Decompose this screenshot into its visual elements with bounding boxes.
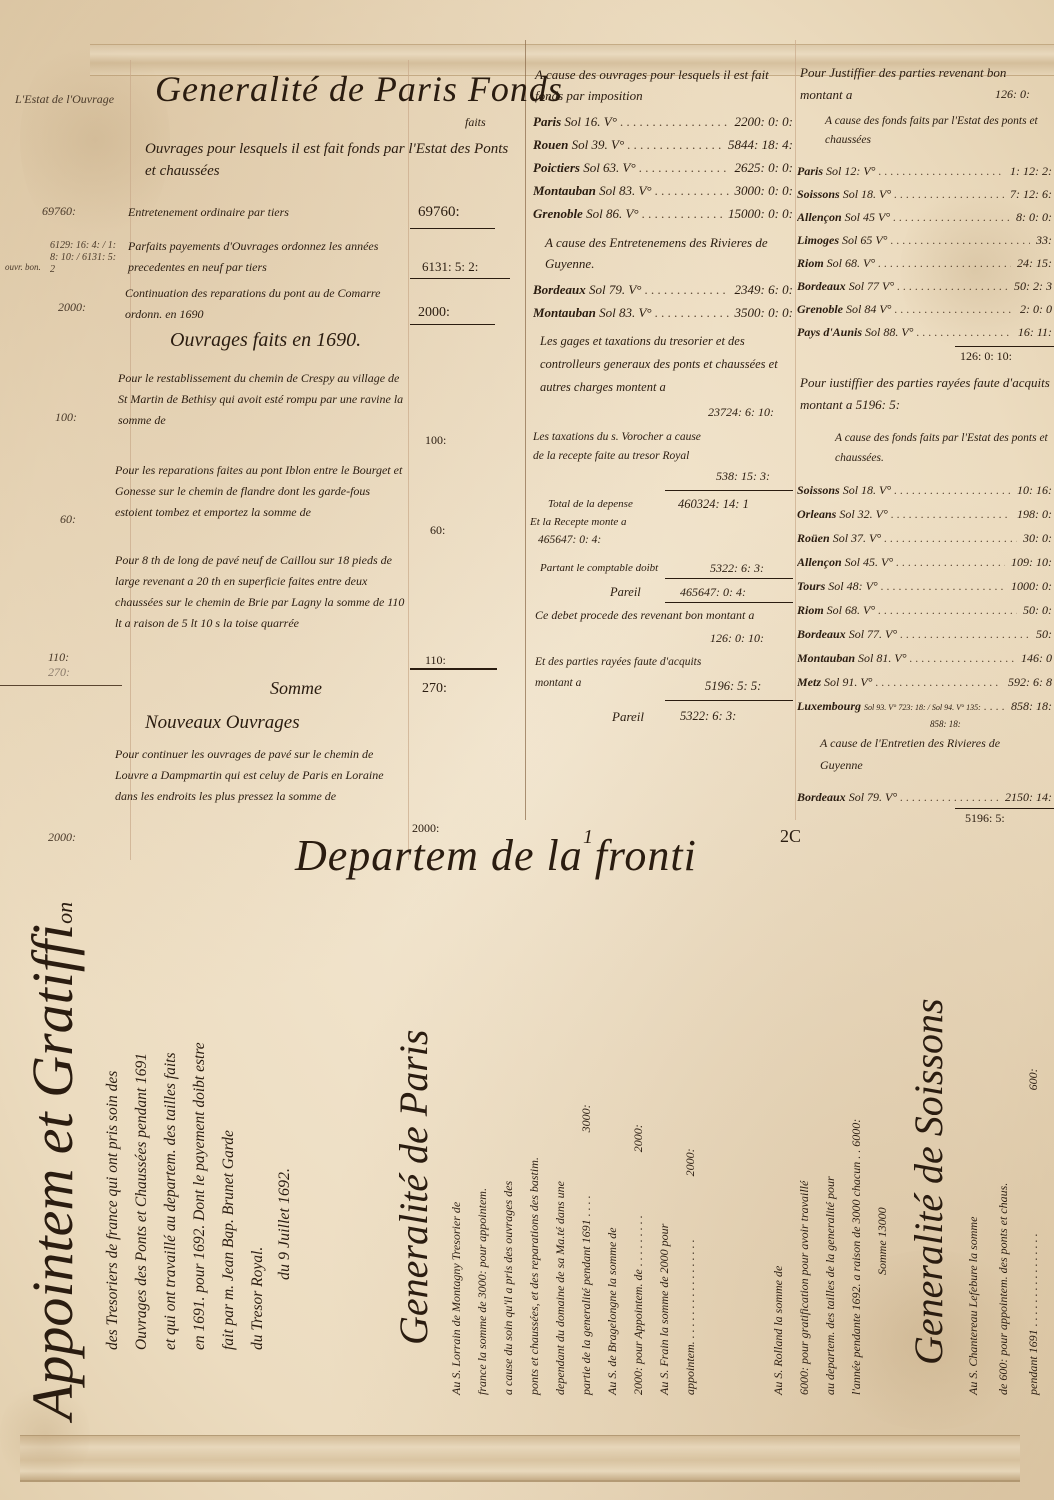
ledger-row: Orleans Sol 32. V°198: 0: — [797, 502, 1052, 526]
appointements-date: du 9 Juillet 1692. — [272, 902, 298, 1420]
ledger-row: Grenoble Sol 84 V°2: 0: 0 — [797, 298, 1052, 321]
margin-amount: 6129: 16: 4: / 1: 8: 10: / 6131: 5: 2 — [50, 240, 120, 276]
appointements-block: Appointem et Gratiffion des Tresoriers d… — [20, 902, 298, 1420]
partant-value: 5322: 6: 3: — [710, 558, 764, 579]
total-depense-value: 460324: 14: 1 — [678, 494, 749, 515]
entry-text: Pour les reparations faites au pont Iblo… — [115, 460, 407, 523]
ledger-row: Limoges Sol 65 V°33: — [797, 229, 1052, 252]
total-rule — [665, 490, 793, 491]
taxations-text: Les taxations du s. Vorocher a cause de … — [533, 428, 713, 466]
recepte-value: 465647: 0: 4: — [538, 530, 601, 551]
amount-rule — [410, 668, 497, 670]
amount-rule — [410, 324, 495, 325]
entry-text: Entretenement ordinaire par tiers — [128, 202, 406, 223]
ledger-row: Roüen Sol 37. V°30: 0: — [797, 526, 1052, 550]
pareil-2-label: Pareil — [612, 706, 644, 727]
entry-text: Pour continuer les ouvrages de pavé sur … — [115, 744, 407, 807]
margin-subtotal: 270: — [48, 665, 70, 680]
entry-amount: 6131: 5: 2: — [422, 256, 478, 277]
right-heading-2: Pour iustiffier des parties rayées faute… — [800, 372, 1052, 416]
top-margin-note: L'Estat de l'Ouvrage — [15, 92, 114, 107]
departement-heading: Departem de la fronti — [295, 830, 697, 881]
ledger-row: Montauban Sol 81. V°146: 0 — [797, 646, 1052, 670]
right-subheading-2: A cause des fonds faits par l'Estat des … — [835, 428, 1053, 468]
right-heading-1-value: 126: 0: — [995, 84, 1030, 105]
ledger-row: Luxembourg Sol 93. V° 723: 18: / Sol 94.… — [797, 694, 1052, 720]
generalite-paris-lines: Au S. Lorrain de Montagny Tresorier de f… — [443, 1030, 703, 1396]
ledger-row: Poictiers Sol 63. V°2625: 0: 0: — [533, 156, 793, 179]
margin-amount: 100: — [55, 410, 77, 425]
ledger-row: Pays d'Aunis Sol 88. V°16: 11: — [797, 321, 1052, 344]
appointements-lines: des Tresoriers de france qui ont pris so… — [98, 902, 272, 1420]
procede-text: Ce debet procede des revenant bon montan… — [535, 605, 790, 626]
amount-rule — [410, 278, 510, 279]
ledger-row: Bordeaux Sol 79. V°2150: 14: — [797, 786, 1052, 809]
entry-text: Pour 8 th de long de pavé neuf de Caillo… — [115, 550, 407, 634]
entry-text: Continuation des reparations du pont au … — [125, 283, 407, 325]
middle-heading-2: A cause des Entretenemens des Rivieres d… — [545, 232, 785, 274]
generalite-paris-heading: Generalité de Paris — [385, 1030, 443, 1396]
right-subheading-3: A cause de l'Entretien des Rivieres de G… — [820, 732, 1020, 776]
subheading-nouveaux: Nouveaux Ouvrages — [145, 712, 300, 733]
title-sub: faits — [465, 112, 486, 133]
pareil-2-value: 5322: 6: 3: — [680, 706, 736, 727]
generalite-soissons-block: Generalité de Soissons Au S. Chantereau … — [900, 998, 1048, 1395]
somme-label: Somme — [270, 678, 322, 699]
amount-rule — [410, 228, 495, 229]
generalite-paris-block: Generalité de Paris Au S. Lorrain de Mon… — [385, 1030, 703, 1396]
middle-rows-1: Paris Sol 16. V°2200: 0: 0: Rouen Sol 39… — [533, 110, 793, 225]
section-heading: Ouvrages pour lesquels il est fait fonds… — [145, 138, 515, 182]
middle-right-column-rule — [795, 40, 796, 820]
ledger-row: Riom Sol 68. V°50: 0: — [797, 598, 1052, 622]
bottom-decorative-frame — [20, 1435, 1020, 1482]
margin-amount: 2000: — [48, 830, 76, 845]
middle-heading: A cause des ouvrages pour lesquels il es… — [535, 64, 790, 106]
right-rows-2: Soissons Sol 18. V°10: 16: Orleans Sol 3… — [797, 478, 1052, 720]
generalite-soissons-lines: Au S. Chantereau Lefebure la somme de 60… — [958, 998, 1048, 1395]
ledger-row: Metz Sol 91. V°592: 6: 8 — [797, 670, 1052, 694]
right-total-2: 5196: 5: — [965, 808, 1005, 829]
entry-amount: 2000: — [418, 302, 450, 323]
gages-amount: 23724: 6: 10: — [708, 402, 774, 423]
margin-rule-line — [0, 685, 122, 686]
ledger-row: Soissons Sol 18. V°10: 16: — [797, 478, 1052, 502]
ledger-row: Bordeaux Sol 77. V°50: — [797, 622, 1052, 646]
rolland-lines: Au S. Rolland la somme de 6000: pour gra… — [765, 1119, 895, 1395]
margin-amount: 110: — [48, 650, 69, 665]
partant-label: Partant le comptable doibt — [540, 558, 658, 579]
taxations-amount: 538: 15: 3: — [716, 466, 770, 487]
middle-rows-2: Bordeaux Sol 79. V°2349: 6: 0: Montauban… — [533, 278, 793, 324]
entry-amount: 100: — [425, 430, 446, 451]
pareil-label: Pareil — [610, 582, 641, 603]
ledger-row: Riom Sol 68. V°24: 15: — [797, 252, 1052, 275]
appointements-title: Appointem et Gratiffion — [20, 902, 98, 1420]
entry-amount: 60: — [430, 520, 445, 541]
right-total-1: 126: 0: 10: — [960, 346, 1012, 367]
rolland-block: Au S. Rolland la somme de 6000: pour gra… — [765, 1119, 895, 1395]
ledger-row: Rouen Sol 39. V°5844: 18: 4: — [533, 133, 793, 156]
generalite-soissons-heading: Generalité de Soissons — [900, 998, 958, 1395]
parties-value: 5196: 5: 5: — [705, 676, 761, 697]
ledger-row: Paris Sol 12: V°1: 12: 2: — [797, 160, 1052, 183]
ledger-row: Paris Sol 16. V°2200: 0: 0: — [533, 110, 793, 133]
right-rows-1: Paris Sol 12: V°1: 12: 2: Soissons Sol 1… — [797, 160, 1052, 344]
ledger-row: Allençon Sol 45 V°8: 0: 0: — [797, 206, 1052, 229]
total-rule — [665, 602, 793, 603]
total-rule — [665, 700, 793, 701]
ledger-row: Bordeaux Sol 77 V°50: 2: 3 — [797, 275, 1052, 298]
ledger-row: Allençon Sol 45. V°109: 10: — [797, 550, 1052, 574]
margin-amount: 69760: — [42, 204, 76, 219]
ledger-row: Tours Sol 48: V°1000: 0: — [797, 574, 1052, 598]
ledger-row: Grenoble Sol 86. V°15000: 0: 0: — [533, 202, 793, 225]
marker-2: 2C — [780, 826, 801, 847]
entry-amount: 69760: — [418, 202, 460, 223]
total-rule — [665, 578, 793, 579]
margin-amount: 2000: — [58, 300, 86, 315]
pareil-value: 465647: 0: 4: — [680, 582, 746, 603]
subheading-1690: Ouvrages faits en 1690. — [170, 330, 361, 351]
ledger-row: Bordeaux Sol 79. V°2349: 6: 0: — [533, 278, 793, 301]
entry-text: Pour le restablissement du chemin de Cre… — [118, 368, 408, 431]
ledger-row: Montauban Sol 83. V°3500: 0: 0: — [533, 301, 793, 324]
luxembourg-subtotal: 858: 18: — [930, 718, 961, 730]
right-rows-3: Bordeaux Sol 79. V°2150: 14: — [797, 786, 1052, 809]
marker-1: 1 — [583, 826, 593, 849]
generalite-paris-title: Generalité de Paris Fonds — [155, 68, 563, 110]
right-subheading-1: A cause des fonds faits par l'Estat des … — [825, 112, 1050, 150]
somme-value: 270: — [422, 678, 447, 699]
margin-label: ouvr. bon. — [5, 262, 41, 272]
ledger-row: Montauban Sol 83. V°3000: 0: 0: — [533, 179, 793, 202]
procede-value: 126: 0: 10: — [710, 628, 764, 649]
ledger-row: Soissons Sol 18. V°7: 12: 6: — [797, 183, 1052, 206]
margin-amount: 60: — [60, 512, 76, 527]
entry-text: Parfaits payements d'Ouvrages ordonnez l… — [128, 236, 406, 278]
page-fold-rule — [525, 40, 526, 820]
gages-text: Les gages et taxations du tresorier et d… — [540, 330, 792, 399]
